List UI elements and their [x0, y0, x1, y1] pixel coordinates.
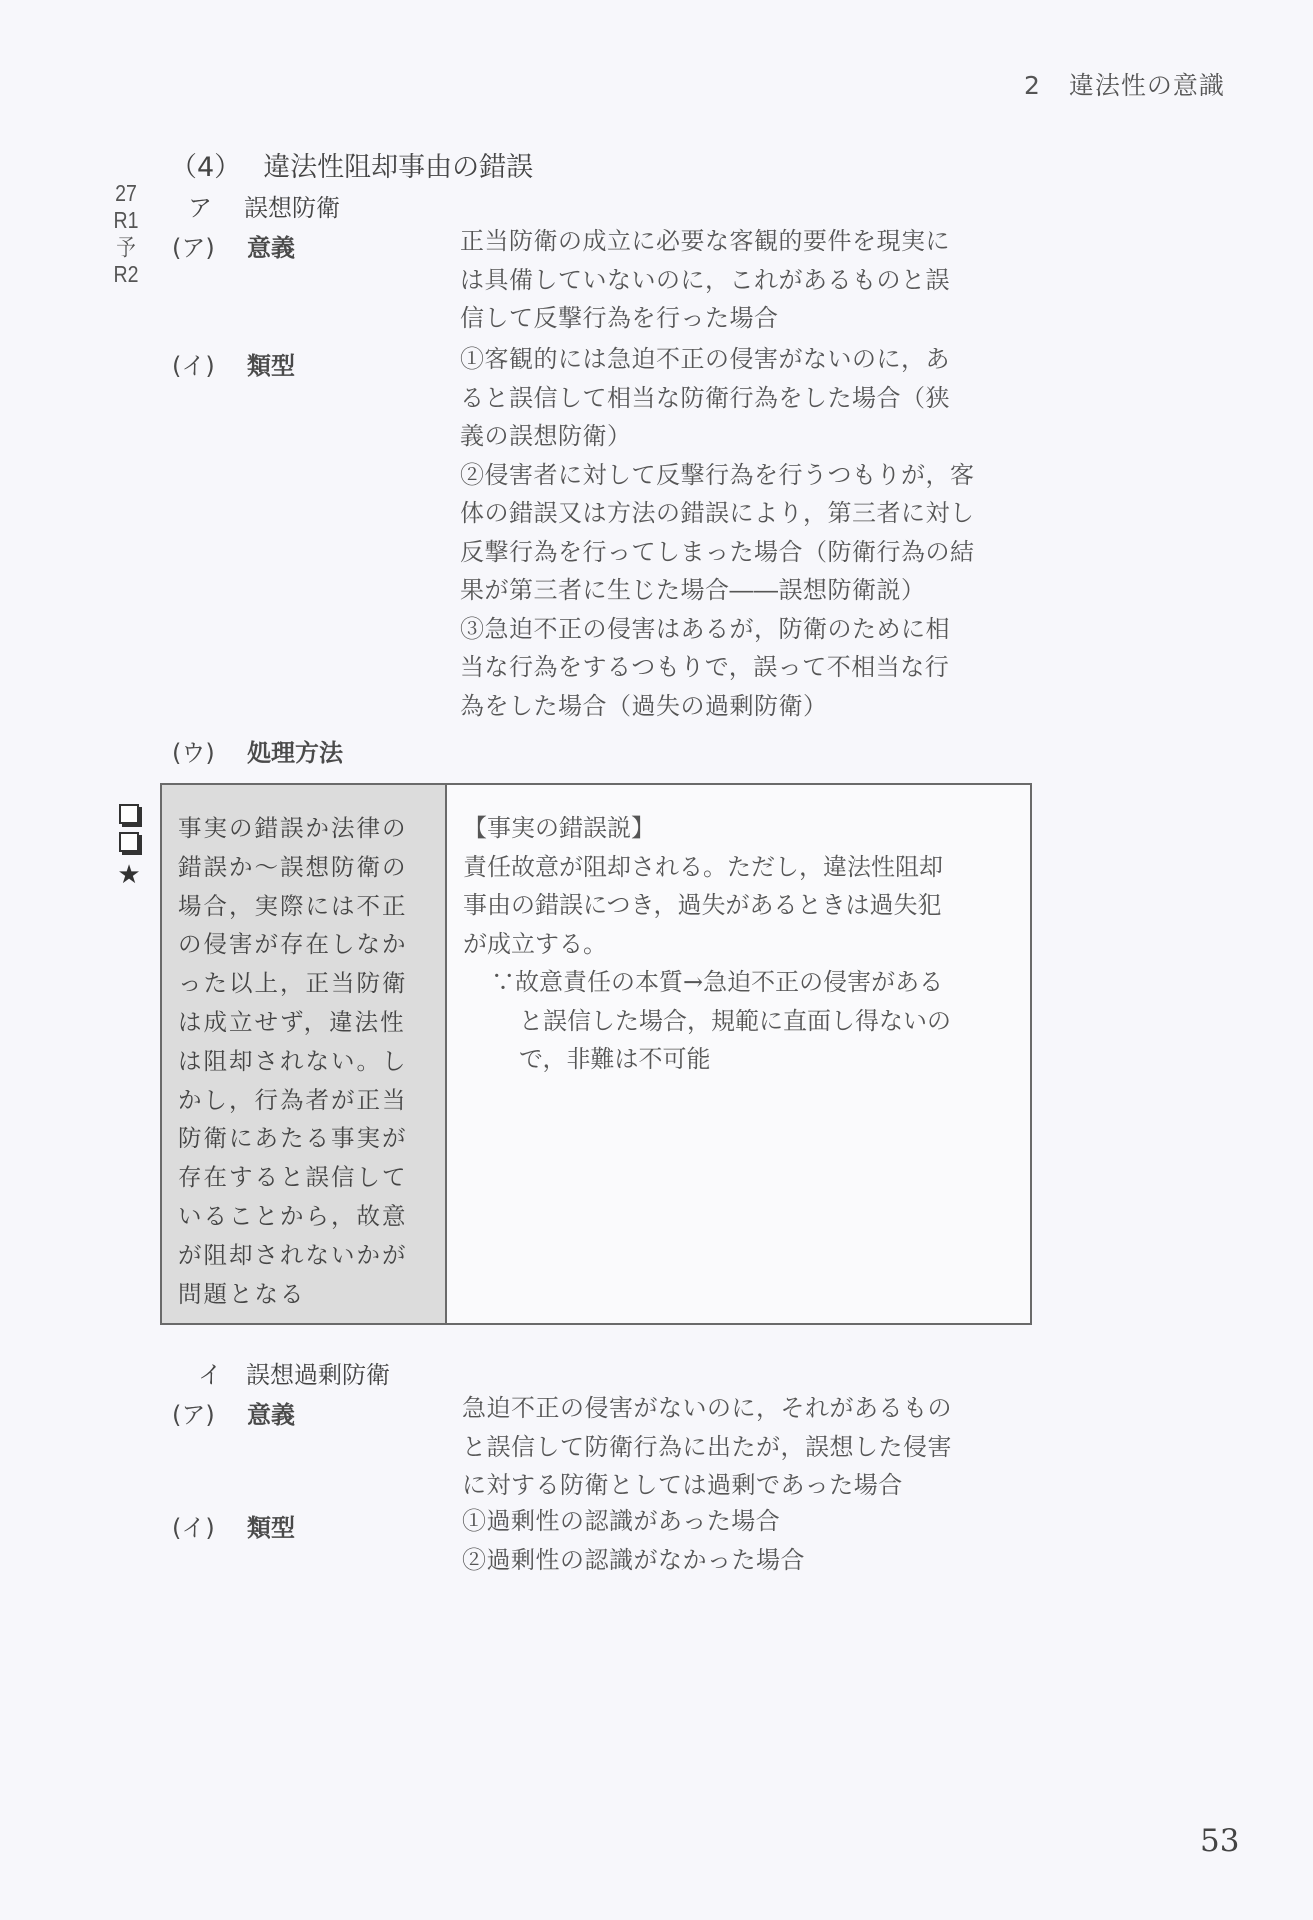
types-text: ①客観的には急迫不正の侵害がないのに，あ ると誤信して相当な防衛行為をした場合（…	[460, 340, 1020, 725]
text-line: った以上，正当防衛	[178, 964, 431, 1003]
text-line: 為をした場合（過失の過剰防衛）	[460, 687, 1020, 726]
review-checkbox[interactable]	[119, 832, 139, 852]
text-line: 事由の錯誤につき，過失があるときは過失犯	[463, 886, 1016, 925]
reason-line: で，非難は不可能	[463, 1040, 1016, 1079]
text-line: 事実の錯誤か法律の	[178, 809, 431, 848]
subsection-a-heading: ア誤想防衛	[188, 188, 340, 223]
review-checkbox[interactable]	[119, 804, 139, 824]
text-line: ②過剰性の認識がなかった場合	[462, 1541, 1022, 1580]
page-number: 53	[1200, 1823, 1239, 1859]
text-line: 急迫不正の侵害がないのに，それがあるもの	[462, 1389, 1022, 1428]
item-marker: (ア)	[172, 228, 247, 263]
subsection-marker: ア	[188, 188, 244, 223]
subsection-i-heading: イ誤想過剰防衛	[198, 1355, 390, 1390]
running-head: 2違法性の意識	[1024, 66, 1225, 102]
meaning-text: 急迫不正の侵害がないのに，それがあるもの と誤信して防衛行為に出たが，誤想した侵…	[462, 1389, 1022, 1505]
text-line: は阻却されない。し	[178, 1042, 431, 1081]
text-line: 防衛にあたる事実が	[178, 1119, 431, 1158]
text-line: は具備していないのに，これがあるものと誤	[460, 261, 1020, 300]
section-title: （4）違法性阻却事由の錯誤	[170, 145, 533, 184]
text-line: 錯誤か～誤想防衛の	[178, 848, 431, 887]
text-line: に対する防衛としては過剰であった場合	[462, 1466, 1022, 1505]
text-line: が阻却されないかが	[178, 1236, 431, 1275]
issue-answer-cell: 【事実の錯誤説】 責任故意が阻却される。ただし，違法性阻却 事由の錯誤につき，過…	[447, 785, 1030, 1323]
text-line: 存在すると誤信して	[178, 1158, 431, 1197]
item-marker: (イ)	[172, 346, 247, 381]
exam-year: R2	[112, 261, 139, 288]
issue-table: 事実の錯誤か法律の 錯誤か～誤想防衛の 場合，実際には不正 の侵害が存在しなか …	[160, 783, 1032, 1325]
item-label: 類型	[247, 1514, 295, 1542]
text-line: 場合，実際には不正	[178, 887, 431, 926]
item-label: 処理方法	[247, 739, 343, 767]
text-line: ②侵害者に対して反撃行為を行うつもりが，客	[460, 456, 1020, 495]
text-line: 反撃行為を行ってしまった場合（防衛行為の結	[460, 533, 1020, 572]
subsection-marker: イ	[198, 1355, 246, 1390]
section-number: （4）	[170, 152, 241, 183]
text-line: 体の錯誤又は方法の錯誤により，第三者に対し	[460, 494, 1020, 533]
margin-exam-years: 27 R1 予 R2	[110, 180, 142, 288]
text-line: ると誤信して相当な防衛行為をした場合（狭	[460, 379, 1020, 418]
review-checks: ★	[115, 800, 143, 890]
item-marker: (ア)	[172, 1395, 247, 1430]
item-marker: (ウ)	[172, 733, 247, 768]
exam-year: R1	[112, 207, 139, 234]
item-label: 意義	[247, 1401, 295, 1429]
subsection-title: 誤想防衛	[244, 194, 340, 222]
text-line: の侵害が存在しなか	[178, 925, 431, 964]
types-text: ①過剰性の認識があった場合 ②過剰性の認識がなかった場合	[462, 1502, 1022, 1579]
chapter-number: 2	[1024, 71, 1041, 100]
text-line: 正当防衛の成立に必要な客観的要件を現実に	[460, 222, 1020, 261]
text-line: かし，行為者が正当	[178, 1081, 431, 1120]
text-line: ①過剰性の認識があった場合	[462, 1502, 1022, 1541]
meaning-text: 正当防衛の成立に必要な客観的要件を現実に は具備していないのに，これがあるものと…	[460, 222, 1020, 338]
item-label: 類型	[247, 352, 295, 380]
text-line: 問題となる	[178, 1275, 431, 1314]
meaning-label: (ア)意義	[172, 228, 295, 263]
exam-year: 27	[112, 180, 139, 207]
text-line: 義の誤想防衛）	[460, 417, 1020, 456]
text-line: 責任故意が阻却される。ただし，違法性阻却	[463, 848, 1016, 887]
issue-question-cell: 事実の錯誤か法律の 錯誤か～誤想防衛の 場合，実際には不正 の侵害が存在しなか …	[162, 785, 447, 1323]
text-line: 当な行為をするつもりで，誤って不相当な行	[460, 648, 1020, 687]
text-line: 果が第三者に生じた場合――誤想防衛説）	[460, 571, 1020, 610]
text-line: が成立する。	[463, 925, 1016, 964]
text-line: は成立せず，違法性	[178, 1003, 431, 1042]
star-icon: ★	[115, 860, 143, 890]
types-label: (イ)類型	[172, 1508, 295, 1543]
reason-line: ∵故意責任の本質→急迫不正の侵害がある	[463, 963, 1016, 1002]
types-label: (イ)類型	[172, 346, 295, 381]
section-title-text: 違法性阻却事由の錯誤	[263, 152, 533, 183]
text-line: 信して反撃行為を行った場合	[460, 299, 1020, 338]
theory-heading: 【事実の錯誤説】	[463, 809, 1016, 848]
item-marker: (イ)	[172, 1508, 247, 1543]
subsection-title: 誤想過剰防衛	[246, 1361, 390, 1389]
meaning-label: (ア)意義	[172, 1395, 295, 1430]
chapter-title: 違法性の意識	[1069, 71, 1225, 100]
treatment-label: (ウ)処理方法	[172, 733, 343, 768]
text-line: いることから，故意	[178, 1197, 431, 1236]
text-line: ③急迫不正の侵害はあるが，防衛のために相	[460, 610, 1020, 649]
text-line: と誤信して防衛行為に出たが，誤想した侵害	[462, 1428, 1022, 1467]
text-line: ①客観的には急迫不正の侵害がないのに，あ	[460, 340, 1020, 379]
exam-year: 予	[112, 234, 139, 261]
item-label: 意義	[247, 234, 295, 262]
reason-line: と誤信した場合，規範に直面し得ないの	[463, 1002, 1016, 1041]
